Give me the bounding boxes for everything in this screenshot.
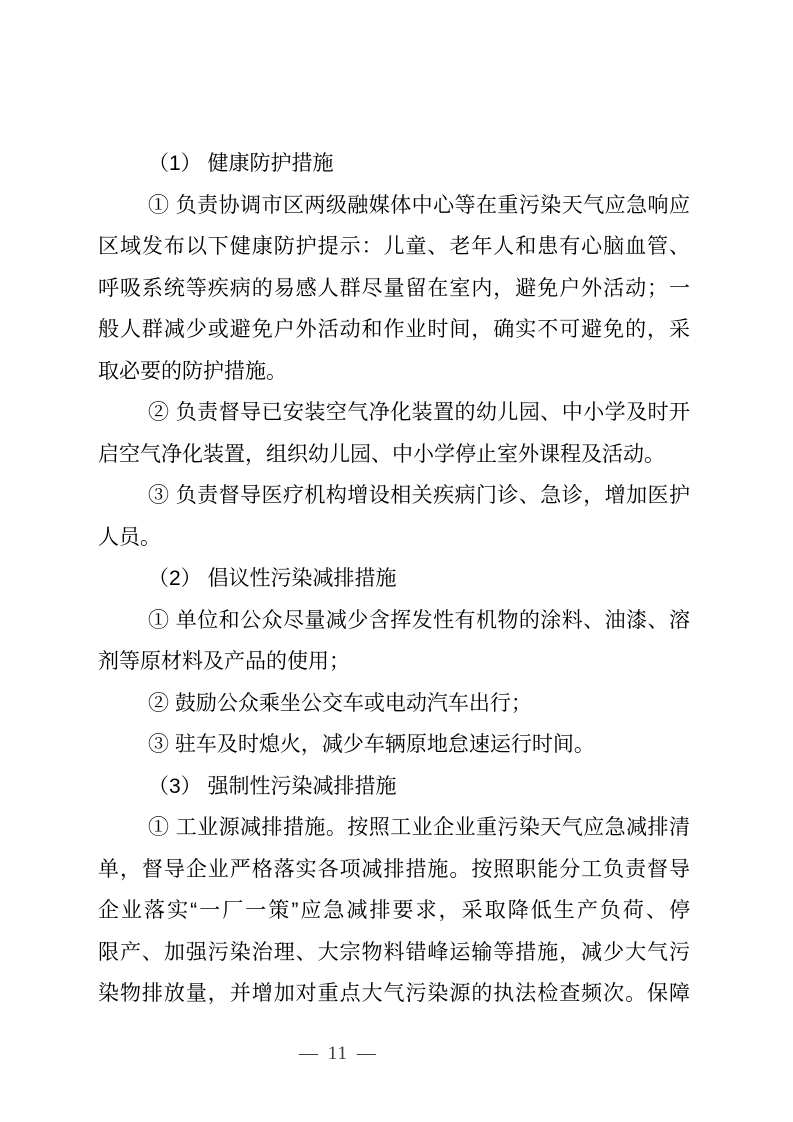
text-line: ③ 负责督导医疗机构增设相关疾病门诊、急诊，增加医护 — [98, 475, 690, 517]
text-line: ① 负责协调市区两级融媒体中心等在重污染天气应急响应 — [98, 185, 690, 227]
text-line: 剂等原材料及产品的使用； — [98, 641, 690, 683]
text-line: 取必要的防护措施。 — [98, 351, 690, 393]
text-line: ② 鼓励公众乘坐公交车或电动汽车出行； — [98, 683, 690, 725]
text-line: 启空气净化装置，组织幼儿园、中小学停止室外课程及活动。 — [98, 434, 690, 476]
text-line: 区域发布以下健康防护提示：儿童、老年人和患有心脑血管、 — [98, 226, 690, 268]
text-line: ① 工业源减排措施。按照工业企业重污染天气应急减排清 — [98, 807, 690, 849]
text-line: 限产、加强污染治理、大宗物料错峰运输等措施，减少大气污 — [98, 932, 690, 974]
text-line: ② 负责督导已安装空气净化装置的幼儿园、中小学及时开 — [98, 392, 690, 434]
text-line: 染物排放量，并增加对重点大气污染源的执法检查频次。保障 — [98, 973, 690, 1015]
text-line: 单，督导企业严格落实各项减排措施。按照职能分工负责督导 — [98, 849, 690, 891]
page-number: — 11 — — [299, 1043, 377, 1065]
text-line: ① 单位和公众尽量减少含挥发性有机物的涂料、油漆、溶 — [98, 600, 690, 642]
body-text: （1） 健康防护措施 ① 负责协调市区两级融媒体中心等在重污染天气应急响应 区域… — [98, 143, 690, 1015]
text-line: 人员。 — [98, 517, 690, 559]
heading-line: （3） 强制性污染减排措施 — [98, 766, 690, 808]
heading-line: （1） 健康防护措施 — [98, 143, 690, 185]
heading-line: （2） 倡议性污染减排措施 — [98, 558, 690, 600]
text-line: 般人群减少或避免户外活动和作业时间，确实不可避免的，采 — [98, 309, 690, 351]
text-line: 企业落实“一厂一策”应急减排要求，采取降低生产负荷、停 — [98, 890, 690, 932]
text-line: ③ 驻车及时熄火，减少车辆原地怠速运行时间。 — [98, 724, 690, 766]
text-line: 呼吸系统等疾病的易感人群尽量留在室内，避免户外活动；一 — [98, 268, 690, 310]
document-page: （1） 健康防护措施 ① 负责协调市区两级融媒体中心等在重污染天气应急响应 区域… — [0, 0, 793, 1122]
